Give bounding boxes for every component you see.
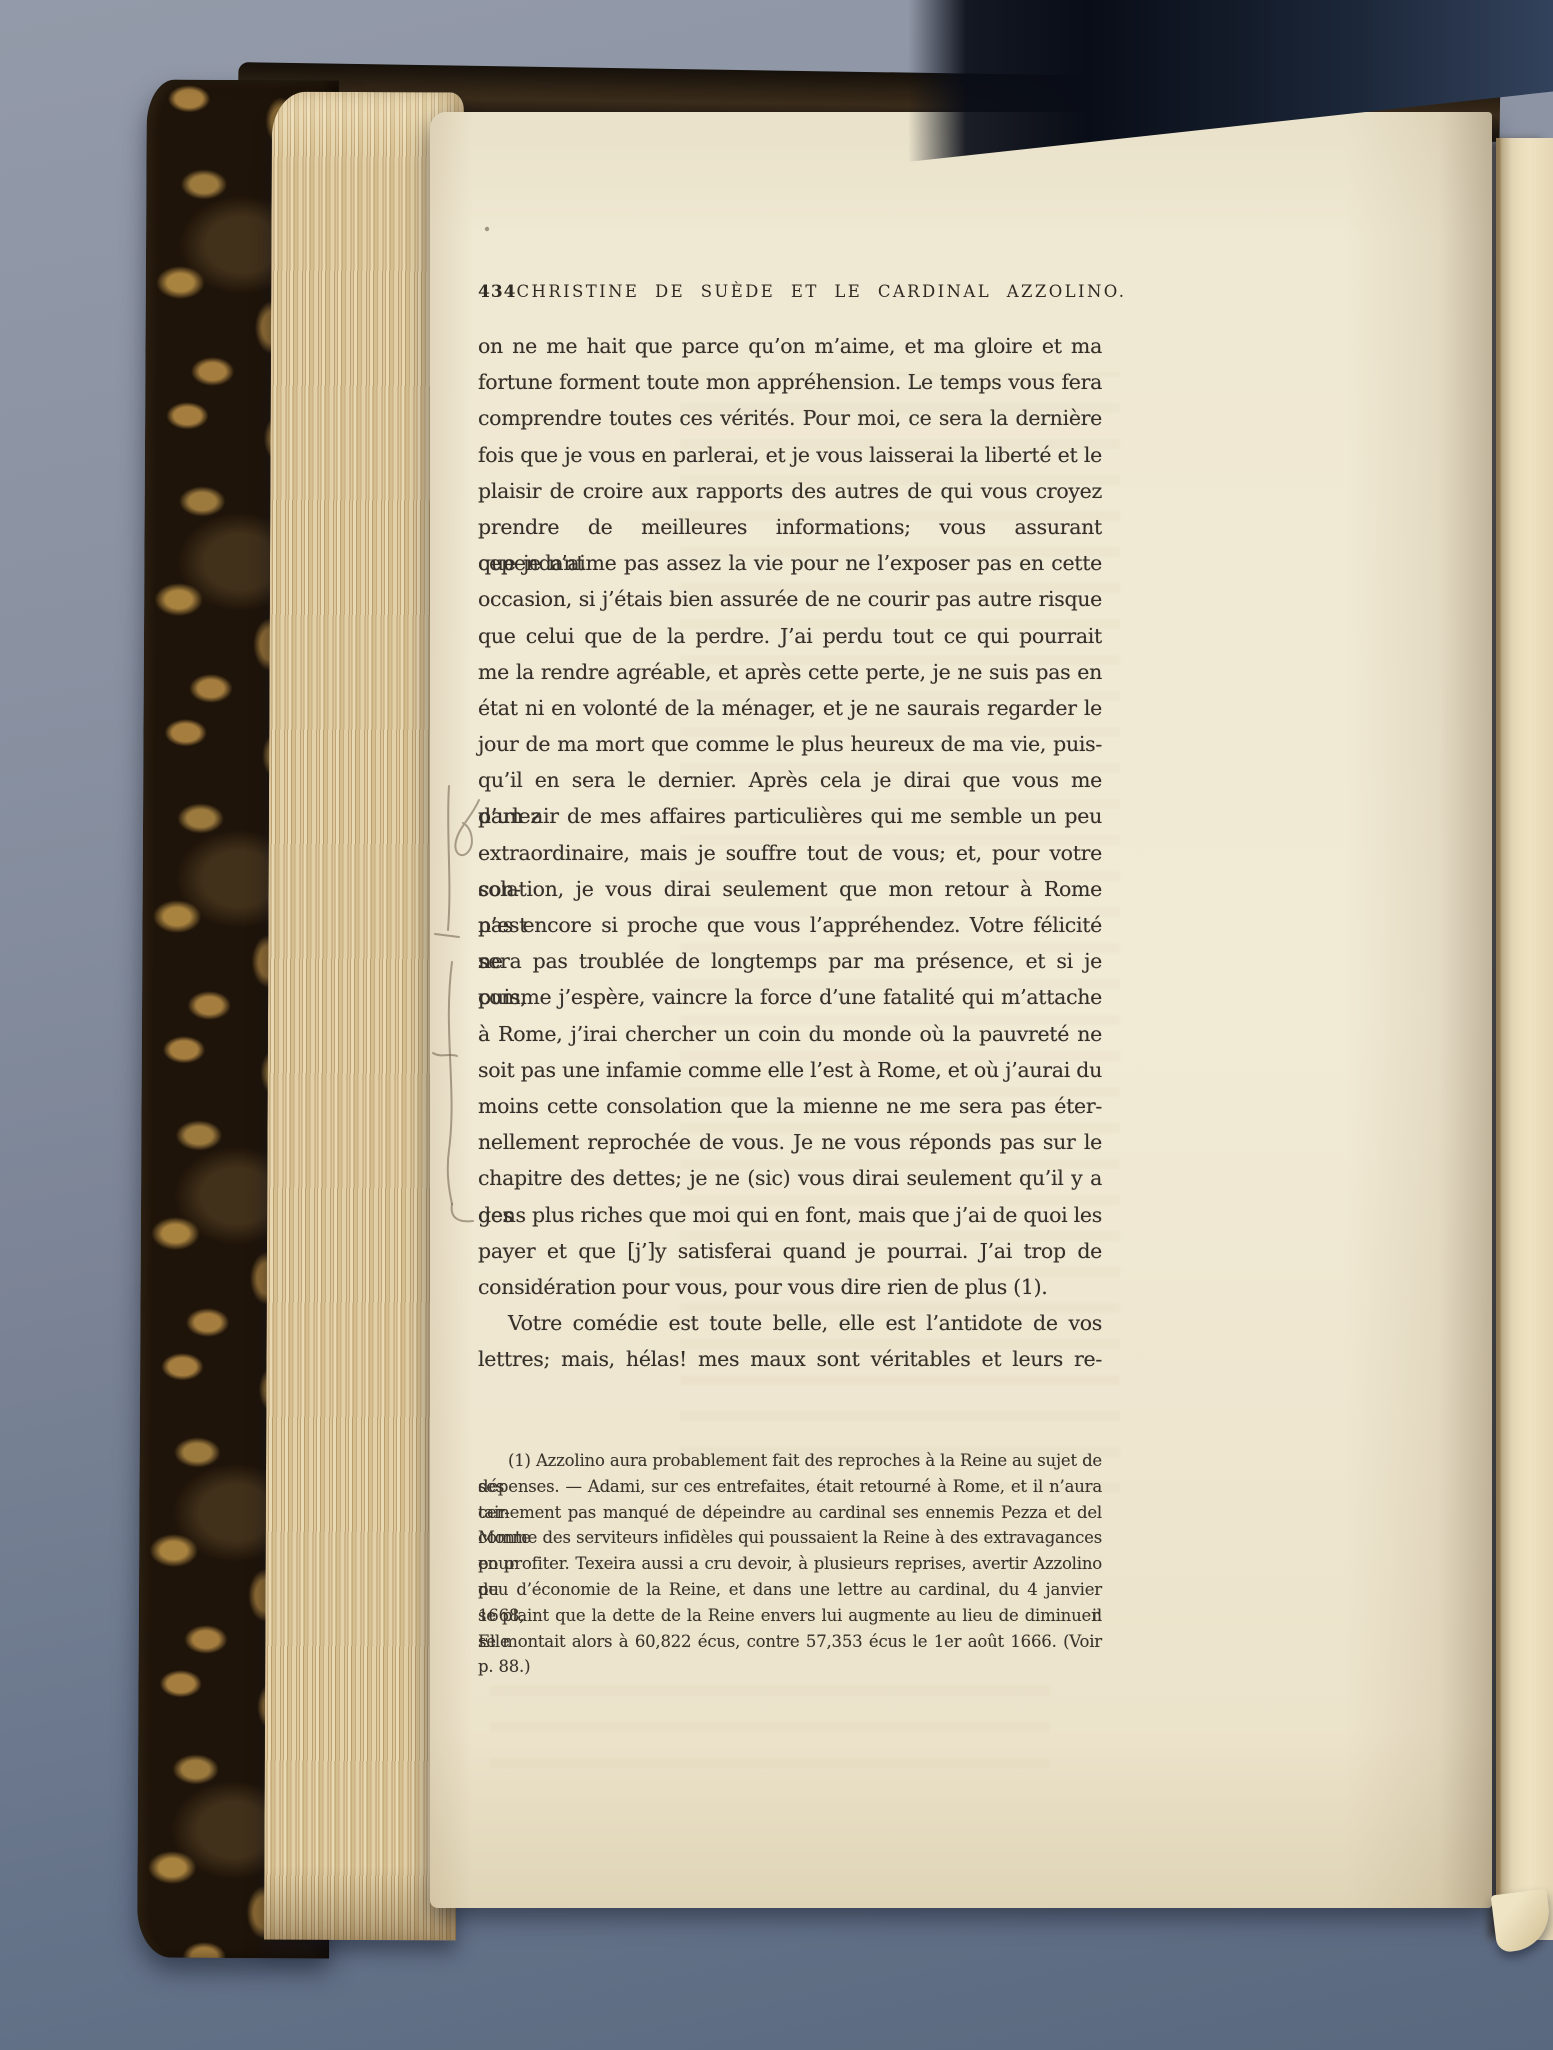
text-line: pas encore si proche que vous l’appréhen… bbox=[478, 907, 1102, 943]
letter-text: on ne me hait que parce qu’on m’aime, et… bbox=[478, 328, 1102, 1377]
text-line: extraordinaire, mais je souffre tout de … bbox=[478, 835, 1102, 871]
book-page: 434 CHRISTINE DE SUÈDE ET LE CARDINAL AZ… bbox=[430, 112, 1492, 1908]
footnote-line: peu d’économie de la Reine, et dans une … bbox=[478, 1577, 1102, 1603]
text-line: que je n’aime pas assez la vie pour ne l… bbox=[478, 545, 1102, 581]
footnote-line: tainement pas manqué de dépeindre au car… bbox=[478, 1500, 1102, 1526]
footnote-line: comme des serviteurs infidèles qui pouss… bbox=[478, 1525, 1102, 1551]
text-line: que celui que de la perdre. J’ai perdu t… bbox=[478, 618, 1102, 654]
running-title: CHRISTINE DE SUÈDE ET LE CARDINAL AZZOLI… bbox=[517, 282, 1127, 301]
text-line: sera pas troublée de longtemps par ma pr… bbox=[478, 943, 1102, 979]
text-line: fortune forment toute mon appréhension. … bbox=[478, 364, 1102, 400]
text-line: jour de ma mort que comme le plus heureu… bbox=[478, 726, 1102, 762]
ink-showthrough bbox=[490, 1677, 1050, 1787]
footnote-line: se montait alors à 60,822 écus, contre 5… bbox=[478, 1629, 1102, 1655]
text-line: gens plus riches que moi qui en font, ma… bbox=[478, 1197, 1102, 1233]
text-line: solation, je vous dirai seulement que mo… bbox=[478, 871, 1102, 907]
text-line: lettres; mais, hélas! mes maux sont véri… bbox=[478, 1341, 1102, 1377]
text-line: comme j’espère, vaincre la force d’une f… bbox=[478, 979, 1102, 1015]
text-line: qu’il en sera le dernier. Après cela je … bbox=[478, 762, 1102, 798]
text-line: on ne me hait que parce qu’on m’aime, et… bbox=[478, 328, 1102, 364]
text-line: chapitre des dettes; je ne (sic) vous di… bbox=[478, 1160, 1102, 1196]
text-line: Votre comédie est toute belle, elle est … bbox=[478, 1305, 1102, 1341]
footnote-line: p. 88.) bbox=[478, 1654, 1102, 1680]
text-line: occasion, si j’étais bien assurée de ne … bbox=[478, 581, 1102, 617]
facing-page-edge bbox=[1496, 138, 1553, 1940]
text-line: me la rendre agréable, et après cette pe… bbox=[478, 654, 1102, 690]
text-line: fois que je vous en parlerai, et je vous… bbox=[478, 437, 1102, 473]
book-photograph: 434 CHRISTINE DE SUÈDE ET LE CARDINAL AZ… bbox=[0, 0, 1553, 2050]
page-header: 434 CHRISTINE DE SUÈDE ET LE CARDINAL AZ… bbox=[478, 282, 1102, 310]
text-line: à Rome, j’irai chercher un coin du monde… bbox=[478, 1016, 1102, 1052]
text-line: état ni en volonté de la ménager, et je … bbox=[478, 690, 1102, 726]
footnote-line: dépenses. — Adami, sur ces entrefaites, … bbox=[478, 1474, 1102, 1500]
text-line: soit pas une infamie comme elle l’est à … bbox=[478, 1052, 1102, 1088]
text-line: comprendre toutes ces vérités. Pour moi,… bbox=[478, 400, 1102, 436]
text-line: considération pour vous, pour vous dire … bbox=[478, 1269, 1102, 1305]
text-line: payer et que [j’]y satisferai quand je p… bbox=[478, 1233, 1102, 1269]
footnote-line: en profiter. Texeira aussi a cru devoir,… bbox=[478, 1551, 1102, 1577]
page-number: 434 bbox=[478, 282, 517, 302]
text-line: plaisir de croire aux rapports des autre… bbox=[478, 473, 1102, 509]
text-line: moins cette consolation que la mienne ne… bbox=[478, 1088, 1102, 1124]
footnote: (1) Azzolino aura probablement fait des … bbox=[478, 1448, 1102, 1680]
footnote-line: (1) Azzolino aura probablement fait des … bbox=[478, 1448, 1102, 1474]
facing-page-curled-corner bbox=[1491, 1889, 1553, 1953]
text-line: d’un air de mes affaires particulières q… bbox=[478, 798, 1102, 834]
footnote-line: se plaint que la dette de la Reine enver… bbox=[478, 1603, 1102, 1629]
text-line: prendre de meilleures informations; vous… bbox=[478, 509, 1102, 545]
text-line: nellement reprochée de vous. Je ne vous … bbox=[478, 1124, 1102, 1160]
